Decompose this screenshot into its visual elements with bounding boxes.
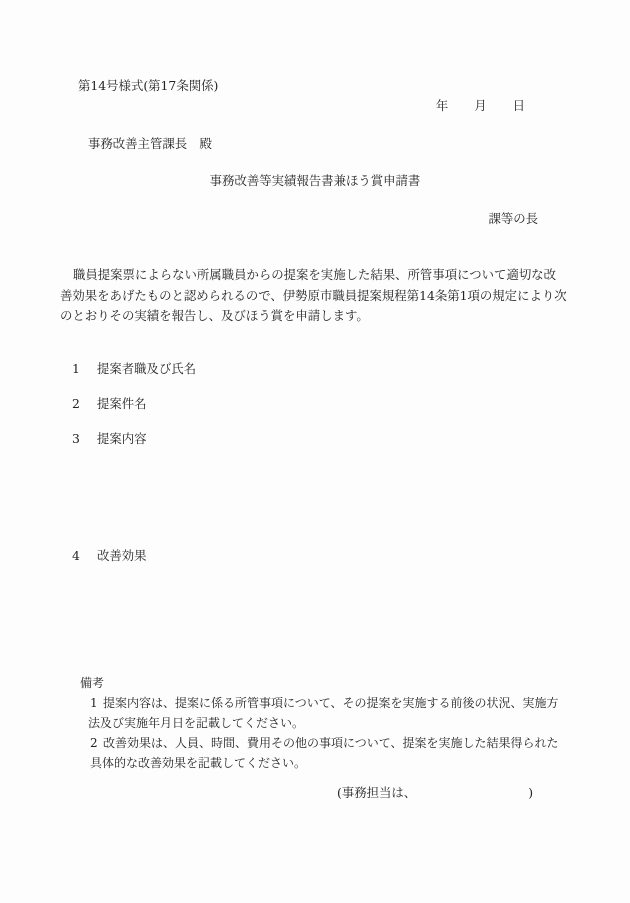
list-item-number: 2 bbox=[72, 394, 97, 414]
remark-text: 具体的な改善効果を記載してください。 bbox=[90, 756, 306, 770]
date-month-label: 月 bbox=[474, 96, 487, 116]
document-page: 第14号様式(第17条関係) 年月日 事務改善主管課長 殿 事務改善等実績報告書… bbox=[0, 0, 630, 903]
remark-number: 1 bbox=[90, 694, 103, 713]
list-item-proposal-content: 3提案内容 bbox=[72, 429, 147, 449]
remarks-heading: 備考 bbox=[80, 674, 104, 693]
clerk-open-text: (事務担当は、 bbox=[337, 785, 416, 800]
paragraph-line: 職員提案票によらない所属職員からの提案を実施した結果、所管事項について適切な改 bbox=[60, 265, 572, 286]
paragraph-line: のとおりその実績を報告し、及びほう賞を申請します。 bbox=[60, 306, 572, 327]
list-item-improvement-effect: 4改善効果 bbox=[72, 546, 147, 566]
remark-text: 法及び実施年月日を記載してください。 bbox=[88, 716, 304, 730]
date-line: 年月日 bbox=[436, 96, 526, 116]
list-item-proposer: 1提案者職及び氏名 bbox=[72, 359, 196, 379]
date-day-label: 日 bbox=[513, 96, 526, 116]
list-item-label: 提案内容 bbox=[97, 431, 147, 446]
list-item-number: 3 bbox=[72, 429, 97, 449]
list-item-number: 4 bbox=[72, 546, 97, 566]
form-number: 第14号様式(第17条関係) bbox=[78, 76, 218, 96]
list-item-label: 提案者職及び氏名 bbox=[97, 361, 196, 376]
list-item-proposal-title: 2提案件名 bbox=[72, 394, 147, 414]
list-item-label: 改善効果 bbox=[97, 548, 147, 563]
remark-line: 法及び実施年月日を記載してください。 bbox=[88, 714, 304, 733]
addressee-line: 事務改善主管課長 殿 bbox=[88, 134, 212, 154]
clerk-close-paren: ) bbox=[528, 785, 533, 800]
remark-text: 提案内容は、提案に係る所管事項について、その提案を実施する前後の状況、実施方 bbox=[103, 696, 559, 710]
remark-number: 2 bbox=[90, 734, 103, 753]
list-item-number: 1 bbox=[72, 359, 97, 379]
clerk-in-charge-line: (事務担当は、) bbox=[337, 783, 533, 803]
body-paragraph: 職員提案票によらない所属職員からの提案を実施した結果、所管事項について適切な改 … bbox=[60, 265, 572, 327]
list-item-label: 提案件名 bbox=[97, 396, 147, 411]
paragraph-line: 善効果をあげたものと認められるので、伊勢原市職員提案規程第14条第1項の規定によ… bbox=[60, 286, 572, 307]
date-year-label: 年 bbox=[436, 96, 449, 116]
document-title: 事務改善等実績報告書兼ほう賞申請書 bbox=[0, 171, 630, 191]
remark-text: 改善効果は、人員、時間、費用その他の事項について、提案を実施した結果得られた bbox=[103, 736, 559, 750]
remark-line: 1提案内容は、提案に係る所管事項について、その提案を実施する前後の状況、実施方 bbox=[90, 694, 559, 713]
remark-line: 2改善効果は、人員、時間、費用その他の事項について、提案を実施した結果得られた bbox=[90, 734, 559, 753]
signer-title: 課等の長 bbox=[488, 209, 538, 229]
remark-line: 具体的な改善効果を記載してください。 bbox=[90, 754, 306, 773]
